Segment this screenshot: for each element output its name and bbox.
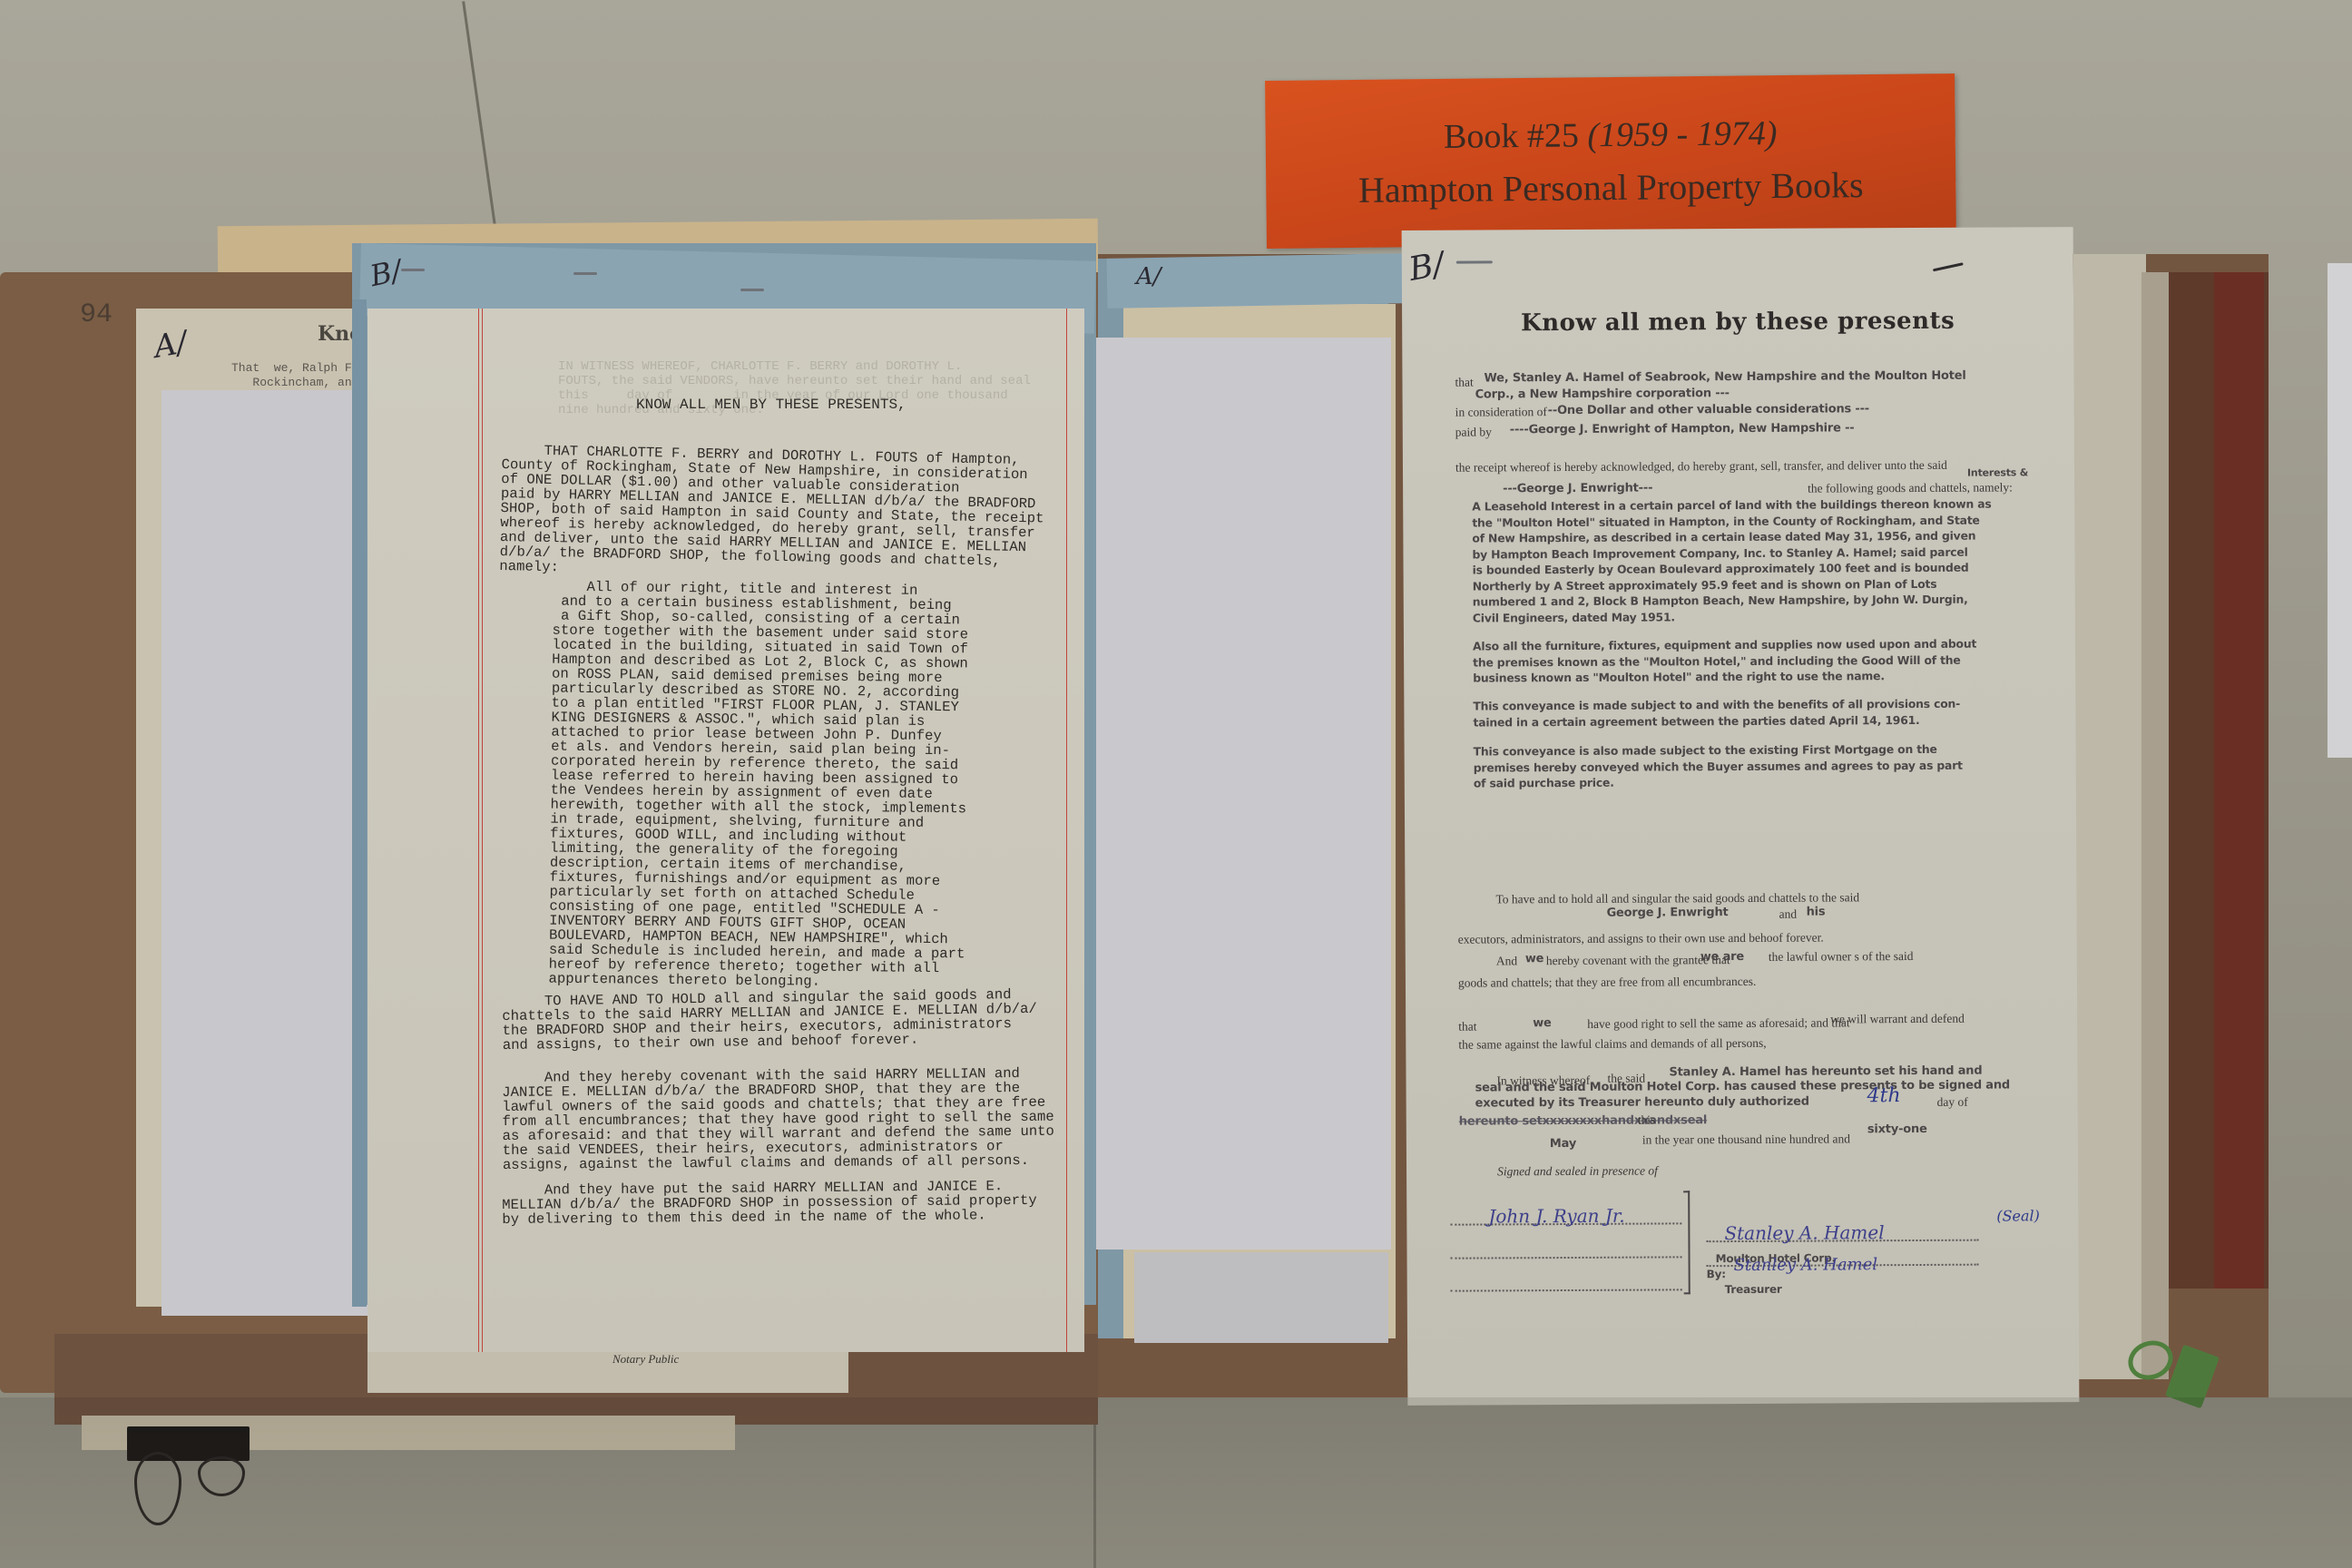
form-label: and <box>1779 907 1798 922</box>
page-edges <box>2141 272 2169 1379</box>
paragraph-covenant: And they hereby covenant with the said H… <box>502 1066 1054 1172</box>
book-label-title: Book #25 (1959 - 1974) <box>1265 112 1955 159</box>
book-cover-binding <box>2214 272 2264 1289</box>
notary-public-label: Notary Public <box>612 1352 679 1367</box>
shadow <box>0 1397 2352 1568</box>
furniture-clause: Also all the furniture, fixtures, equipm… <box>1473 636 1976 686</box>
grantee-name: ---George J. Enwright--- <box>1503 482 1652 496</box>
handwritten-insert: Interests & <box>1967 466 2028 478</box>
page-number-left: 94 <box>80 299 113 330</box>
conveyance-clause: This conveyance is made subject to and w… <box>1473 696 1960 730</box>
year-fill: sixty-one <box>1867 1122 1927 1136</box>
margin-line <box>478 309 479 1352</box>
form-label: By: <box>1707 1268 1726 1280</box>
book-label: Book #25 (1959 - 1974) Hampton Personal … <box>1265 73 1956 249</box>
document-title: KNOW ALL MEN BY THESE PRESENTS, <box>636 397 906 412</box>
grantors-line: We, Stanley A. Hamel of Seabrook, New Ha… <box>1484 369 1965 386</box>
month-fill: May <box>1550 1137 1576 1151</box>
paragraph-possession: And they have put the said HARRY MELLIAN… <box>502 1179 1037 1227</box>
loose-sheet-edge <box>2327 263 2352 758</box>
bill-of-sale-moulton-hotel: B/ Know all men by these presents that W… <box>1402 227 2080 1406</box>
book-label-subtitle: Hampton Personal Property Books <box>1266 162 1955 212</box>
paid-by-value: ----George J. Enwright of Hampton, New H… <box>1510 421 1855 436</box>
paragraph-habendum: TO HAVE AND TO HOLD all and singular the… <box>502 987 1037 1053</box>
staple <box>573 272 597 275</box>
margin-line <box>1066 309 1067 1352</box>
pen-mark <box>1933 262 1964 271</box>
signed-sealed-label: Signed and sealed in presence of <box>1497 1163 1658 1179</box>
page-edges <box>2073 254 2146 1379</box>
seal-label: (Seal) <box>1996 1207 2040 1224</box>
paragraph-property-description: All of our right, title and interest in … <box>497 579 968 990</box>
blue-backing-edge <box>352 299 367 1307</box>
treasurer-signature: Stanley A. Hamel <box>1734 1255 1878 1275</box>
signature-line <box>1451 1289 1682 1291</box>
pronoun-fill: we <box>1533 1016 1552 1030</box>
grantor-signature: Stanley A. Hamel <box>1724 1221 1884 1244</box>
form-text: have good right to sell the same as afor… <box>1587 1015 1850 1032</box>
form-text: goods and chattels; that they are free f… <box>1458 975 1756 991</box>
treasurer-label: Treasurer <box>1725 1283 1782 1296</box>
blank-insert-sheet <box>1134 1252 1388 1343</box>
margin-line <box>482 309 483 1352</box>
form-label: the following goods and chattels, namely… <box>1808 480 2013 495</box>
initial-mark: A/ <box>152 324 190 366</box>
receipt-clause: the receipt whereof is hereby acknowledg… <box>1455 458 1947 475</box>
form-text: executors, administrators, and assigns t… <box>1458 931 1824 947</box>
form-label: paid by <box>1455 425 1492 439</box>
initial-mark: A/ <box>1136 263 1161 290</box>
signature-bracket <box>1683 1191 1690 1294</box>
pronoun-fill: we are <box>1700 950 1744 964</box>
grantors-line: Corp., a New Hampshire corporation --- <box>1475 387 1730 401</box>
form-label: day of <box>1937 1095 1968 1110</box>
staple <box>1456 260 1493 263</box>
grantee-name: George J. Enwright <box>1607 906 1729 920</box>
form-label: And <box>1496 954 1517 968</box>
initial-mark: B/ <box>1406 246 1446 289</box>
signature-line <box>1451 1256 1682 1259</box>
handwritten-day: 4th <box>1867 1084 1901 1107</box>
staple <box>740 289 764 291</box>
form-label: in consideration of <box>1455 405 1547 420</box>
form-label: that <box>1458 1020 1476 1034</box>
staple <box>401 269 425 271</box>
property-description: A Leasehold Interest in a certain parcel… <box>1472 496 1992 626</box>
bill-of-sale-berry-fouts: IN WITNESS WHEREOF, CHARLOTTE F. BERRY a… <box>367 309 1084 1352</box>
form-text: the lawful owner s of the said <box>1769 949 1914 965</box>
blank-insert-sheet <box>1096 338 1391 1249</box>
form-label: this <box>1638 1112 1656 1127</box>
document-title: Know all men by these presents <box>1402 307 2073 338</box>
form-text: we will warrant and defend <box>1830 1012 1965 1027</box>
witness-clause: seal and the said Moulton Hotel Corp. ha… <box>1475 1078 2010 1094</box>
struck-text: hereunto setxxxxxxxxhandxxandxseal <box>1459 1113 1707 1128</box>
habendum-clause: To have and to hold all and singular the… <box>1495 890 1859 906</box>
witness-clause: executed by its Treasurer hereunto duly … <box>1475 1095 1809 1111</box>
form-label: that <box>1455 376 1473 390</box>
witness-signature: John J. Ryan Jr. <box>1488 1205 1624 1228</box>
form-text: in the year one thousand nine hundred an… <box>1642 1132 1850 1147</box>
blank-insert-sheet <box>162 390 370 1316</box>
paragraph-conveyance: THAT CHARLOTTE F. BERRY and DOROTHY L. F… <box>499 443 1045 583</box>
witness-clause: Stanley A. Hamel has hereunto set his ha… <box>1669 1064 1982 1080</box>
pronoun-fill: we <box>1525 952 1544 965</box>
form-text: the same against the lawful claims and d… <box>1458 1036 1766 1053</box>
pronoun-fill: his <box>1807 906 1826 919</box>
mortgage-clause: This conveyance is also made subject to … <box>1474 741 1963 791</box>
consideration-value: --One Dollar and other valuable consider… <box>1548 402 1869 417</box>
